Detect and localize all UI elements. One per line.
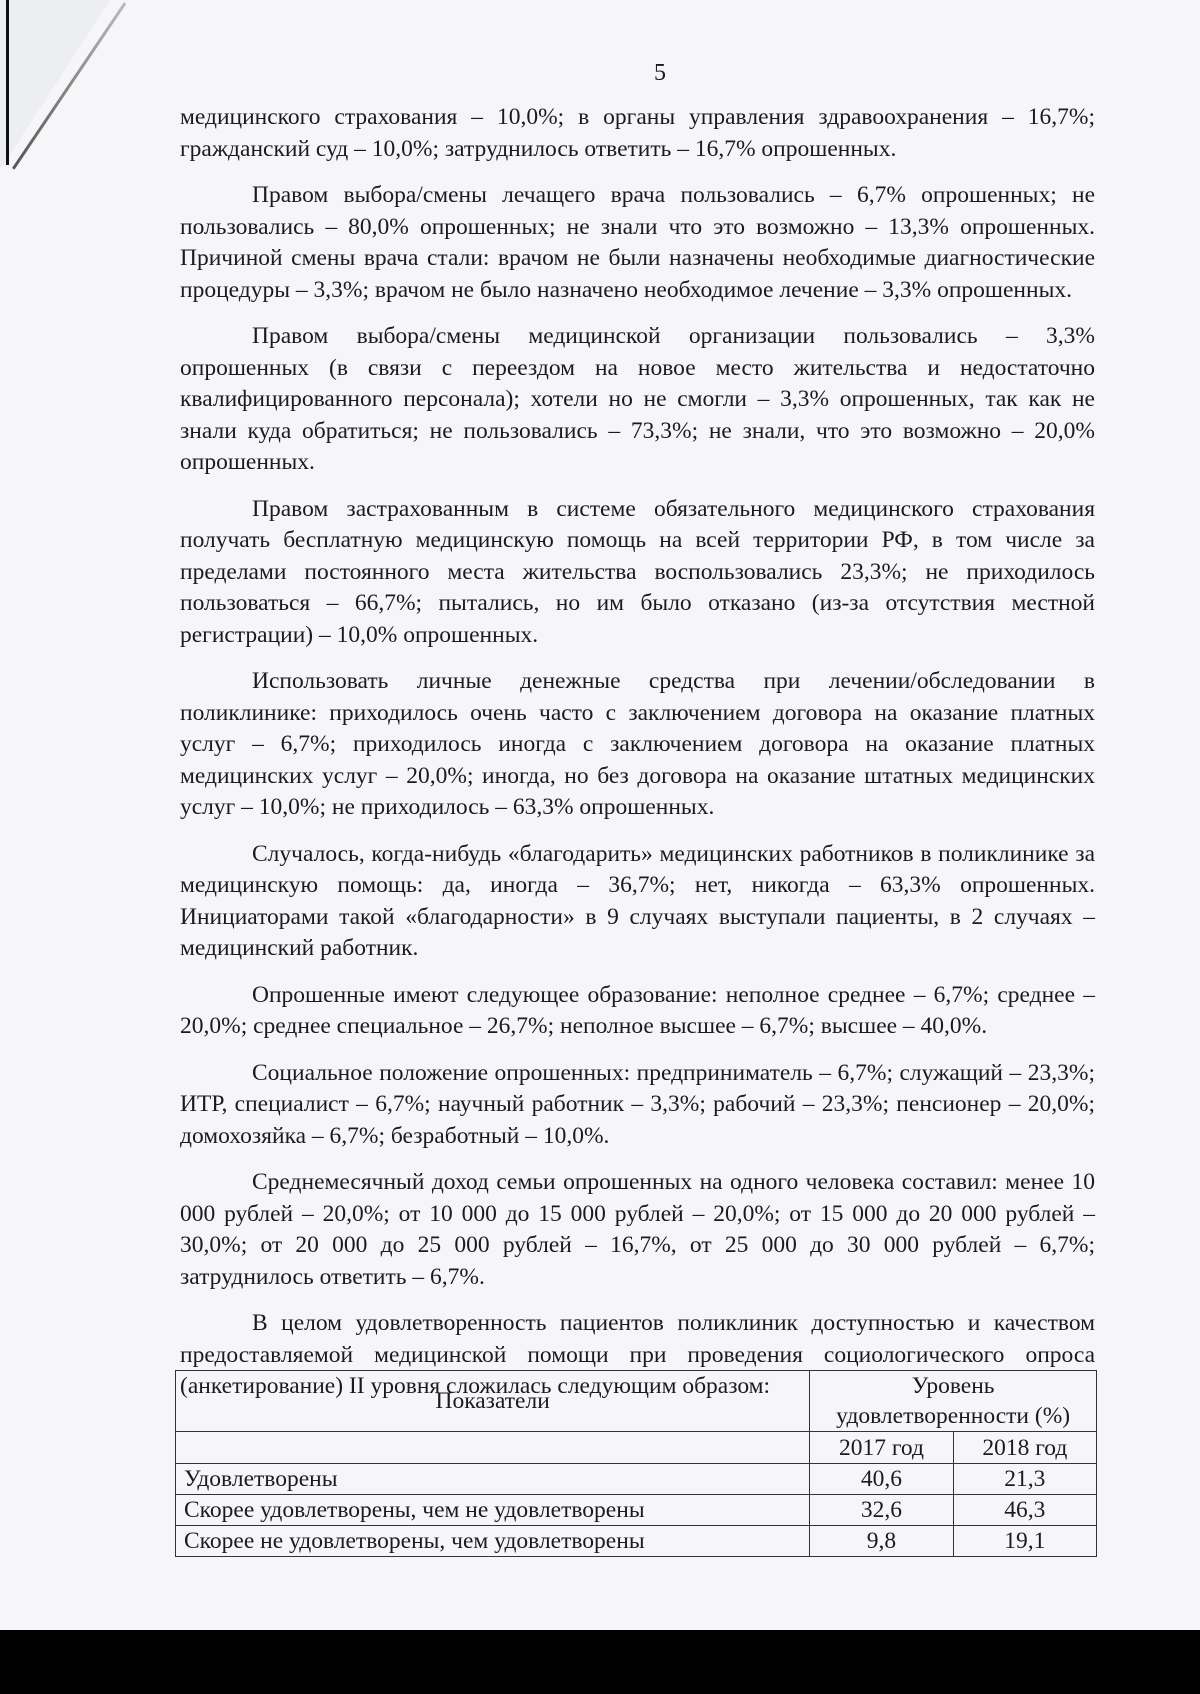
header-empty-cell	[176, 1432, 810, 1464]
row-label: Скорее удовлетворены, чем не удовлетворе…	[176, 1495, 810, 1526]
table-row: Скорее удовлетворены, чем не удовлетворе…	[176, 1495, 1097, 1526]
paragraph-personal-funds: Использовать личные денежные средства пр…	[180, 666, 1095, 824]
value-2017: 9,8	[810, 1526, 953, 1557]
row-label: Удовлетворены	[176, 1464, 810, 1495]
paragraph-social-status: Социальное положение опрошенных: предпри…	[180, 1058, 1095, 1153]
paragraph-complaints-continued: медицинского страхования – 10,0%; в орга…	[180, 102, 1095, 165]
value-2018: 19,1	[953, 1526, 1096, 1557]
header-indicators: Показатели	[176, 1371, 810, 1432]
table-row: Скорее не удовлетворены, чем удовлетворе…	[176, 1526, 1097, 1557]
table-header-row: Показатели Уровень удовлетворенности (%)	[176, 1371, 1097, 1432]
satisfaction-table: Показатели Уровень удовлетворенности (%)…	[175, 1370, 1097, 1557]
value-2017: 40,6	[810, 1464, 953, 1495]
value-2018: 21,3	[953, 1464, 1096, 1495]
table-row: Удовлетворены 40,6 21,3	[176, 1464, 1097, 1495]
paragraph-organization-choice: Правом выбора/смены медицинской организа…	[180, 321, 1095, 479]
paragraph-income: Среднемесячный доход семьи опрошенных на…	[180, 1167, 1095, 1293]
paragraph-gratitude: Случалось, когда-нибудь «благодарить» ме…	[180, 839, 1095, 965]
table-subheader-row: 2017 год 2018 год	[176, 1432, 1097, 1464]
paragraph-oms-territory: Правом застрахованным в системе обязател…	[180, 494, 1095, 652]
header-satisfaction-level: Уровень удовлетворенности (%)	[810, 1371, 1097, 1432]
value-2018: 46,3	[953, 1495, 1096, 1526]
value-2017: 32,6	[810, 1495, 953, 1526]
paragraph-doctor-choice: Правом выбора/смены лечащего врача польз…	[180, 180, 1095, 306]
header-year-2017: 2017 год	[810, 1432, 953, 1464]
page-number: 5	[0, 60, 1200, 87]
row-label: Скорее не удовлетворены, чем удовлетворе…	[176, 1526, 810, 1557]
paragraph-education: Опрошенные имеют следующее образование: …	[180, 980, 1095, 1043]
document-body: медицинского страхования – 10,0%; в орга…	[180, 102, 1095, 1418]
header-year-2018: 2018 год	[953, 1432, 1096, 1464]
document-page: 5 медицинского страхования – 10,0%; в ор…	[0, 0, 1200, 1630]
scan-bottom-border	[0, 1630, 1200, 1694]
